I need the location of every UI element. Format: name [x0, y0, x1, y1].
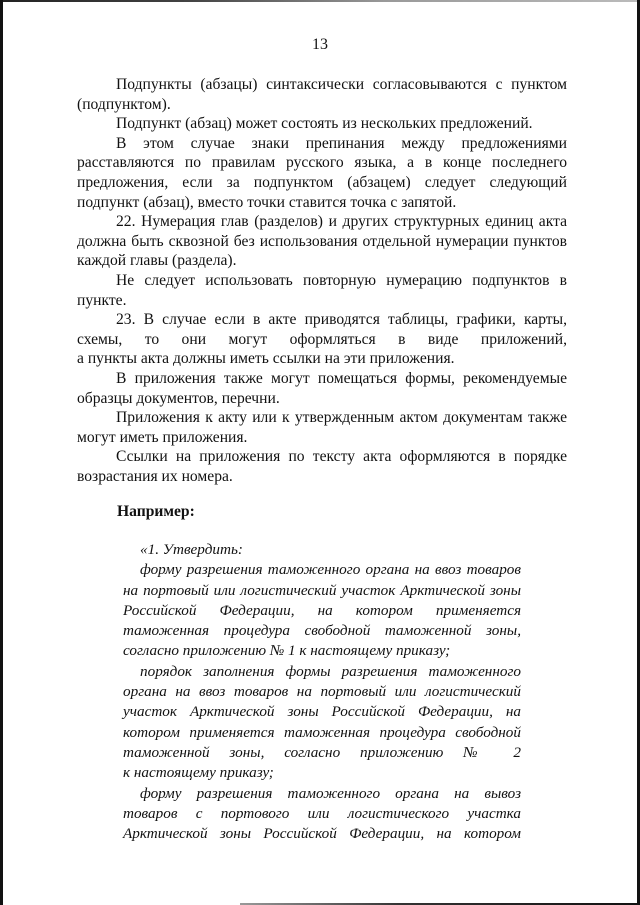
example-paragraph: форму разрешения таможенного органа на в…: [123, 560, 521, 661]
example-paragraph: «1. Утвердить:: [123, 540, 521, 560]
paragraph: Подпункт (абзац) может состоять из неско…: [77, 114, 567, 134]
example-paragraph-continuation: к настоящему приказу;: [123, 763, 521, 783]
scan-edge-top: [0, 0, 640, 2]
scan-edge-left: [0, 0, 3, 905]
paragraph-item-22: 22. Нумерация глав (разделов) и других с…: [77, 212, 567, 271]
page-number: 13: [0, 36, 640, 54]
document-body: Подпункты (абзацы) синтаксически согласо…: [77, 75, 567, 486]
paragraph: Подпункты (абзацы) синтаксически согласо…: [77, 75, 567, 114]
example-paragraph: порядок заполнения формы разрешения тамо…: [123, 662, 521, 763]
paragraph: Не следует использовать повторную нумера…: [77, 271, 567, 310]
paragraph-continuation: а пункты акта должны иметь ссылки на эти…: [77, 349, 567, 369]
paragraph: Ссылки на приложения по тексту акта офор…: [77, 447, 567, 486]
paragraph: В этом случае знаки препинания между пре…: [77, 134, 567, 212]
paragraph-item-23: 23. В случае если в акте приводятся табл…: [77, 310, 567, 349]
paragraph: Приложения к акту или к утвержденным акт…: [77, 408, 567, 447]
example-paragraph: форму разрешения таможенного органа на в…: [123, 784, 521, 845]
paragraph: В приложения также могут помещаться форм…: [77, 369, 567, 408]
example-block: «1. Утвердить: форму разрешения таможенн…: [123, 540, 521, 844]
example-heading: Например:: [117, 503, 195, 521]
